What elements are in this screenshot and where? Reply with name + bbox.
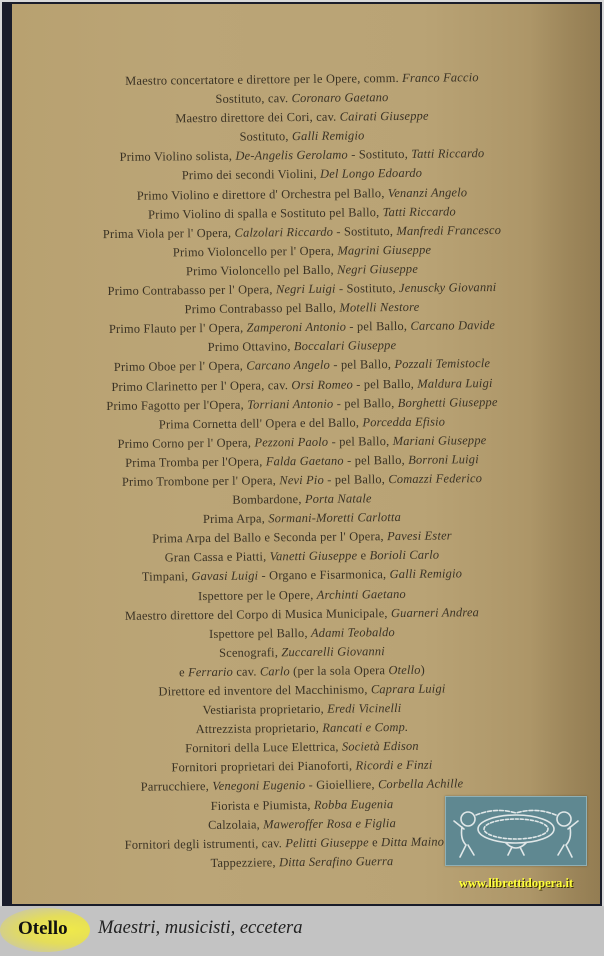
person-name: Caprara Luigi [371,681,446,696]
person-name: Ferrario [188,665,233,679]
person-name: Adami Teobaldo [311,625,395,640]
role-text: Gran Cassa e Piatti, [165,550,270,565]
role-text: Fornitori della Luce Elettrica, [185,740,342,756]
role-text: Maestro concertatore e direttore per le … [125,71,402,88]
person-name: Negri Giuseppe [337,262,418,277]
person-name: Borghetti Giuseppe [398,395,498,410]
person-name: Società Edison [342,739,419,754]
role-text: Sostituto, cav. [215,91,291,106]
role-text: (per la sola Opera [290,663,389,678]
person-name: Tatti Riccardo [383,204,456,219]
role-text: Primo Violino solista, [120,149,236,164]
role-text: Ispettore per le Opere, [198,587,317,602]
website-link[interactable]: www.librettidopera.it [440,876,592,891]
person-name: Guarneri Andrea [391,605,479,620]
role-text: Maestro direttore del Corpo di Musica Mu… [125,606,391,623]
person-name: Mariani Giuseppe [393,433,487,448]
person-name: Del Longo Edoardo [320,166,422,181]
person-name: Franco Faccio [402,70,479,85]
person-name: Carcano Davide [410,318,495,333]
page-subtitle: Maestri, musicisti, eccetera [98,918,302,939]
role-text: - Sostituto, [336,281,400,296]
person-name: Corbella Achille [378,777,463,792]
role-text: Primo Fagotto per l'Opera, [106,397,247,412]
role-text: Prima Arpa, [203,512,269,527]
role-text: Sostituto, [239,129,292,144]
emblem-drawing [446,797,586,865]
credits-list: Maestro concertatore e direttore per le … [0,70,604,872]
person-name: Otello [388,663,420,677]
person-name: Jenuscky Giovanni [399,280,496,295]
person-name: Falda Gaetano [266,453,344,468]
role-text: Fornitori degli istrumenti, cav. [125,836,286,852]
role-text: Primo Violino di spalla e Sostituto pel … [148,205,383,221]
person-name: Venanzi Angelo [388,185,467,200]
person-name: Magrini Giuseppe [337,242,431,257]
person-name: De-Angelis Gerolamo [235,148,348,163]
role-text: - Sostituto, [333,224,397,239]
role-text: Prima Viola per l' Opera, [103,225,235,240]
role-text: - pel Ballo, [344,453,409,468]
person-name: Cairati Giuseppe [340,109,429,124]
person-name: Porta Natale [305,491,372,506]
person-name: Robba Eugenia [314,797,393,812]
person-name: Zamperoni Antonio [247,320,347,335]
opera-title: Otello [18,918,68,940]
person-name: Tatti Riccardo [411,146,484,161]
person-name: Motelli Nestore [339,300,419,315]
role-text: e [369,835,381,849]
role-text: Direttore ed inventore del Macchinismo, [158,682,371,698]
person-name: Pavesi Ester [387,529,452,544]
person-name: Orsi Romeo [291,377,353,392]
role-text: Primo Ottavino, [208,339,294,354]
role-text: Calzolaia, [208,817,263,832]
person-name: Pelitti Giuseppe [285,835,369,850]
role-text: - Organo e Fisarmonica, [258,568,390,583]
person-name: Pozzali Temistocle [394,356,490,371]
person-name: Boccalari Giuseppe [294,338,397,353]
person-name: Porcedda Efisio [362,414,445,429]
person-name: Zuccarelli Giovanni [281,644,385,659]
role-text: Primo Violino e direttore d' Orchestra p… [137,186,388,203]
person-name: Maldura Luigi [417,376,492,391]
role-text: - pel Ballo, [333,396,398,411]
role-text: Prima Cornetta dell' Opera e del Ballo, [159,415,363,431]
role-text: Scenografi, [219,645,281,660]
role-text: Primo Contrabasso per l' Opera, [108,282,276,298]
role-text: Primo Contrabasso pel Ballo, [185,301,340,317]
person-name: Negri Luigi [276,282,336,297]
role-text: - pel Ballo, [346,319,411,334]
role-text: Prima Tromba per l'Opera, [125,454,266,469]
role-text: Bombardone, [232,492,305,507]
role-text: Fornitori proprietari dei Pianoforti, [171,759,355,775]
person-name: Galli Remigio [292,129,365,144]
role-text: - pel Ballo, [324,472,389,487]
role-text: ) [421,663,425,677]
role-text: Vestiarista proprietario, [203,702,328,717]
person-name: Eredi Vicinelli [327,701,401,716]
role-text: Parrucchiere, [141,779,213,794]
person-name: Pezzoni Paolo [254,435,328,450]
person-name: Vanetti Giuseppe [270,549,358,564]
role-text: Primo dei secondi Violini, [182,167,320,182]
person-name: Archinti Gaetano [317,586,406,601]
person-name: Torriani Antonio [247,396,333,411]
person-name: Carlo [260,664,290,678]
role-text: Prima Arpa del Ballo e Seconda per l' Op… [152,529,387,545]
person-name: Gavasi Luigi [191,569,258,584]
person-name: Borioli Carlo [369,548,439,563]
person-name: Calzolari Riccardo [235,224,334,239]
role-text: Primo Flauto per l' Opera, [109,321,247,336]
person-name: Sormani-Moretti Carlotta [268,510,401,525]
person-name: Maweroffer Rosa e Figlia [263,816,396,831]
person-name: Borroni Luigi [408,452,479,467]
role-text: - Gioielliere, [305,778,378,793]
person-name: Manfredi Francesco [396,223,501,238]
person-name: Comazzi Federico [388,471,482,486]
person-name: Ditta Serafino Guerra [279,854,393,869]
role-text: Attrezzista proprietario, [196,721,323,736]
role-text: - pel Ballo, [328,434,393,449]
role-text: - pel Ballo, [353,376,418,391]
person-name: Ricordi e Finzi [356,758,433,773]
role-text: Primo Violoncello pel Ballo, [186,263,337,279]
person-name: Venegoni Eugenio [212,778,305,793]
role-text: - Sostituto, [348,147,412,162]
person-name: Coronaro Gaetano [291,90,388,105]
role-text: Primo Trombone per l' Opera, [122,473,280,489]
role-text: Maestro direttore dei Cori, cav. [175,110,340,126]
role-text: - pel Ballo, [330,357,395,372]
role-text: e [357,549,369,563]
role-text: Timpani, [142,570,192,585]
role-text: Primo Corno per l' Opera, [118,435,255,450]
role-text: cav. [233,664,260,678]
putti-garland-emblem-icon [445,796,587,866]
scan-frame: Maestro concertatore e direttore per le … [0,0,604,906]
person-name: Rancati e Comp. [322,720,408,735]
role-text: Ispettore pel Ballo, [209,626,311,641]
person-name: Carcano Angelo [246,358,330,373]
person-name: Galli Remigio [390,567,463,582]
role-text: Primo Violoncello per l' Opera, [173,243,338,259]
role-text: Primo Oboe per l' Opera, [114,359,247,374]
role-text: e [179,665,188,679]
person-name: Nevi Pio [279,473,324,487]
role-text: Tappezziere, [211,855,280,870]
role-text: Fiorista e Piumista, [211,797,314,812]
role-text: Primo Clarinetto per l' Opera, cav. [111,378,291,394]
